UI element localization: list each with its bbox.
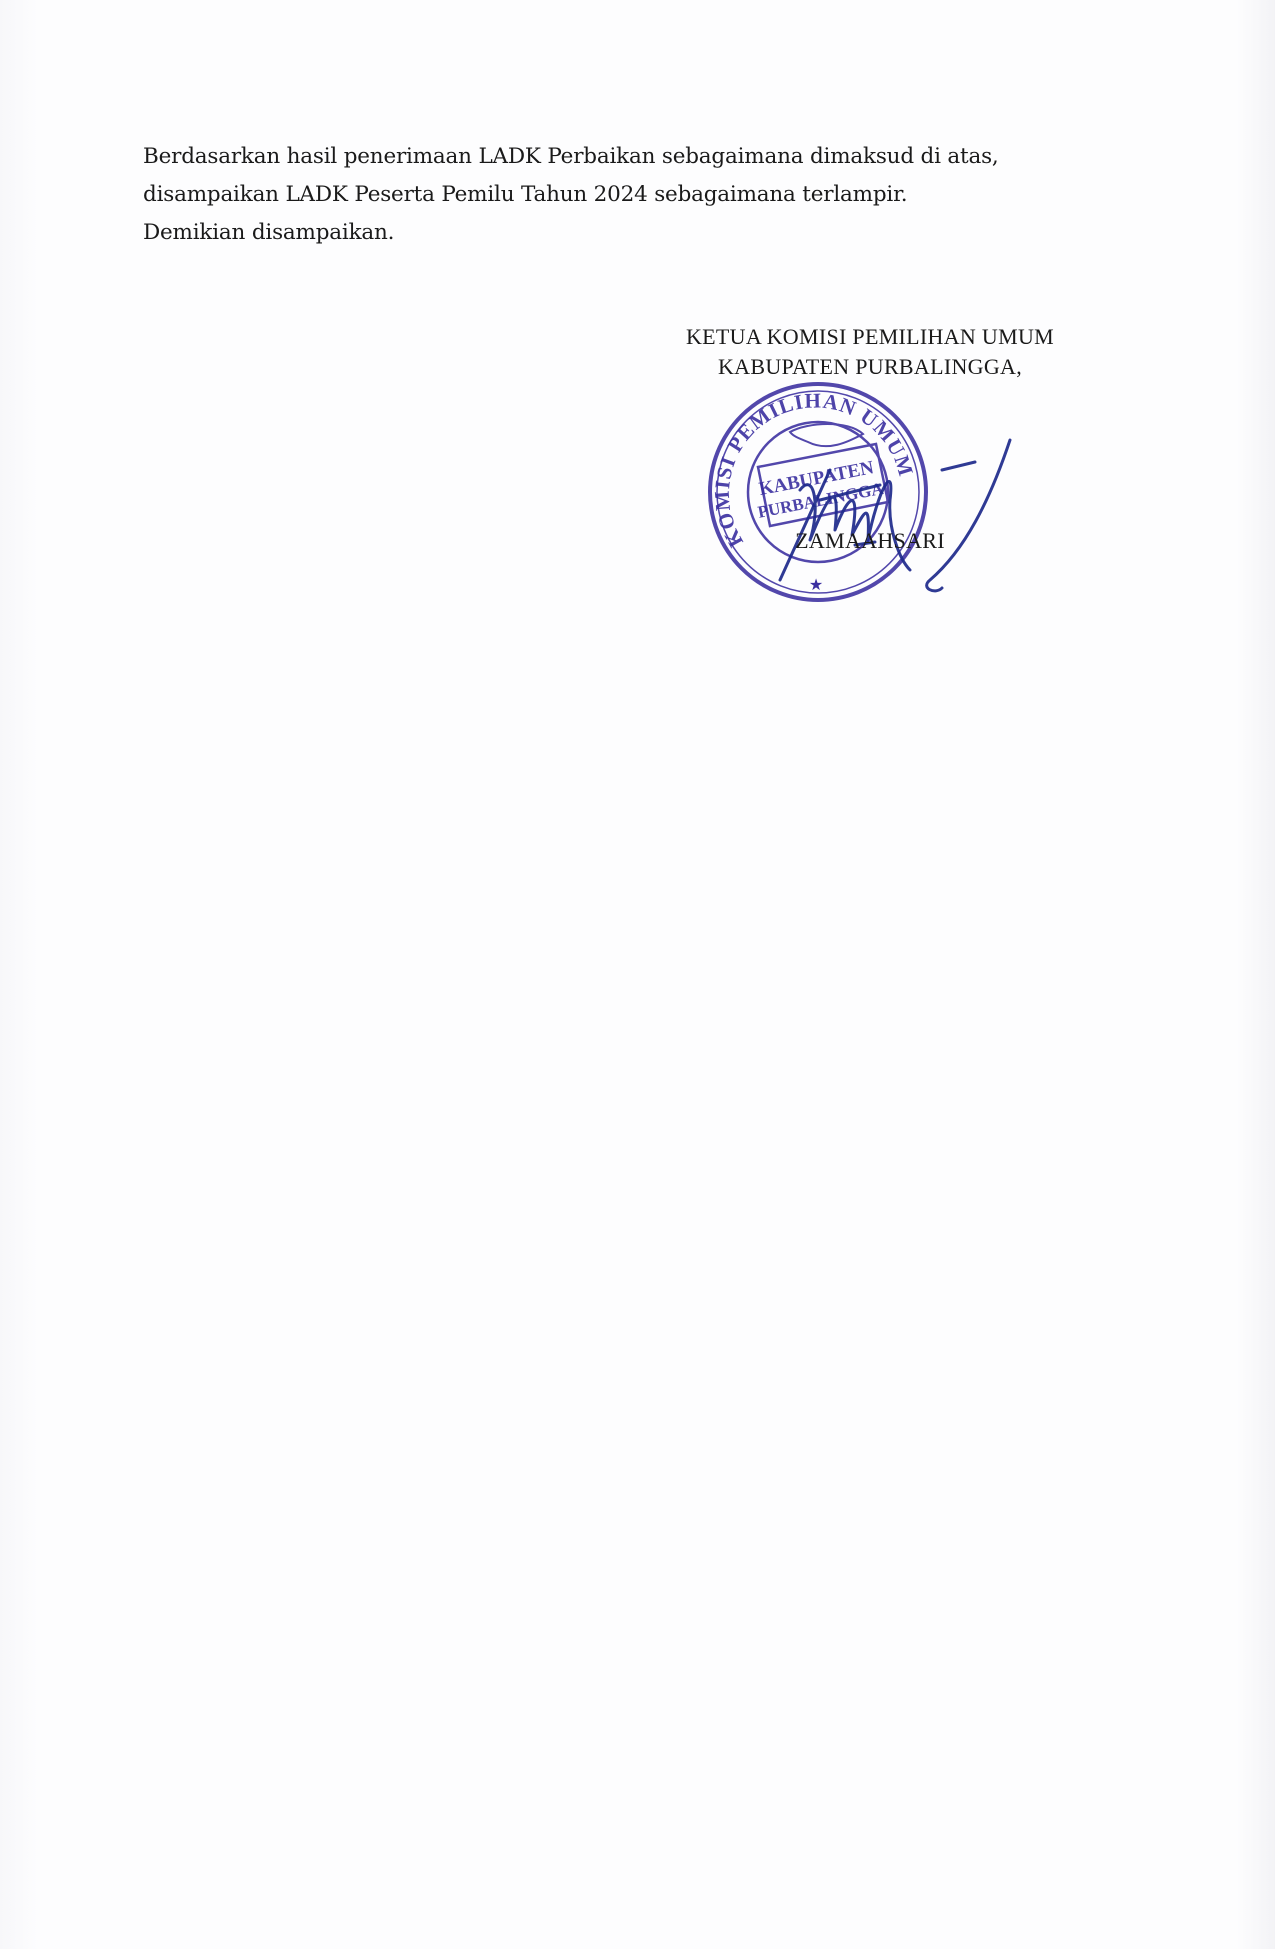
paragraph-line-2: disampaikan LADK Peserta Pemilu Tahun 20…	[143, 176, 1143, 214]
handwritten-signature-icon	[760, 430, 1040, 600]
document-page: Berdasarkan hasil penerimaan LADK Perbai…	[0, 0, 1275, 1949]
signature-title-line-1: KETUA KOMISI PEMILIHAN UMUM	[620, 322, 1120, 352]
paragraph-line-1: Berdasarkan hasil penerimaan LADK Perbai…	[143, 138, 1143, 176]
body-text: Berdasarkan hasil penerimaan LADK Perbai…	[143, 138, 1143, 252]
signer-name: ZAMAAHSARI	[620, 528, 1120, 554]
paragraph-line-3: Demikian disampaikan.	[143, 214, 1143, 252]
